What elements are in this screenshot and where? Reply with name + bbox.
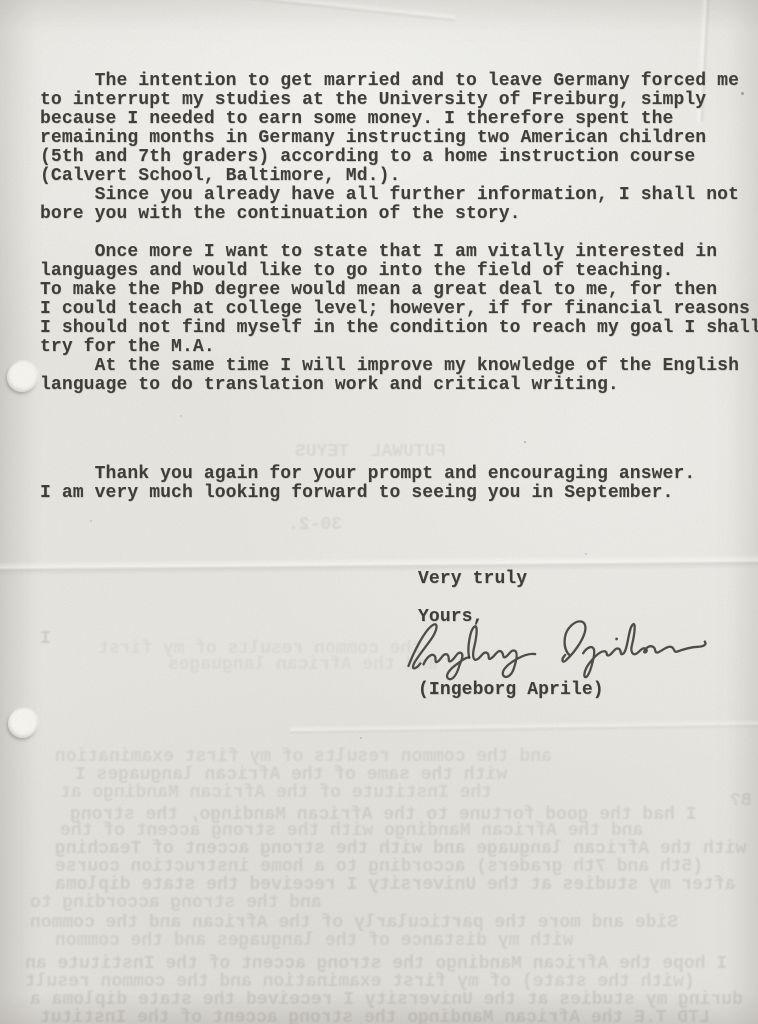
ink-speck <box>90 520 92 522</box>
ink-speck <box>360 737 362 739</box>
letter-paragraph-3: Thank you again for your prompt and enco… <box>40 465 695 503</box>
letter-paragraph-2: Once more I want to state that I am vita… <box>40 243 758 395</box>
bleedthrough-line: and the common results of my first exami… <box>55 748 552 767</box>
bleedthrough-line: I had the good fortune to the African Ma… <box>70 806 697 825</box>
punch-hole-top <box>7 362 37 392</box>
bleedthrough-line: I <box>40 630 51 649</box>
ink-speck <box>524 441 526 443</box>
letter-paragraph-1: The intention to get married and to leav… <box>40 72 739 224</box>
bleedthrough-line: B? <box>730 792 752 811</box>
paper-crease-lower <box>290 719 758 736</box>
bleedthrough-line: the common results of my first <box>98 640 422 659</box>
bleedthrough-line: and the African languages <box>168 656 438 675</box>
bleedthrough-line: and the African Mandingo with the strong… <box>60 822 643 841</box>
bleedthrough-line: I hope the African Mandingo the strong a… <box>25 955 727 974</box>
bleedthrough-line: the Institute of the African Mandingo at <box>60 784 492 803</box>
bleedthrough-line: with the African language and with the s… <box>55 840 746 859</box>
paper-crease-horizontal <box>0 554 758 576</box>
bleedthrough-line: with my distance of the languages and th… <box>55 932 573 951</box>
scanned-letter-page: and the common results of my first exami… <box>0 0 758 1024</box>
ink-speck <box>180 415 182 417</box>
closing-typed-name: (Ingeborg Aprile) <box>418 681 604 700</box>
bleedthrough-line: (with the state) of my first examination… <box>25 973 695 992</box>
paper-crease-top-left <box>246 0 456 23</box>
bleedthrough-line: after my studies at the University I rec… <box>55 876 736 895</box>
bleedthrough-line: LTD T.E the African Mandingo the strong … <box>40 1009 710 1024</box>
punch-hole-bottom <box>8 709 37 738</box>
bleedthrough-line: during my studies at the University I re… <box>30 991 743 1010</box>
bleedthrough-line: FUTUWAL TEYUS <box>295 443 446 462</box>
ink-speck <box>585 553 587 555</box>
bleedthrough-line: Side and more the particularly of the Af… <box>30 914 678 933</box>
closing-very-truly: Very truly <box>418 570 527 589</box>
bleedthrough-line: and the strong according to <box>30 894 322 913</box>
bleedthrough-line: (5th and 7th graders) according to a hom… <box>55 858 703 877</box>
bleedthrough-line: 30-2. <box>288 516 342 535</box>
ink-speck <box>741 92 744 95</box>
bleedthrough-line: with the same of the African languages I <box>75 766 507 785</box>
